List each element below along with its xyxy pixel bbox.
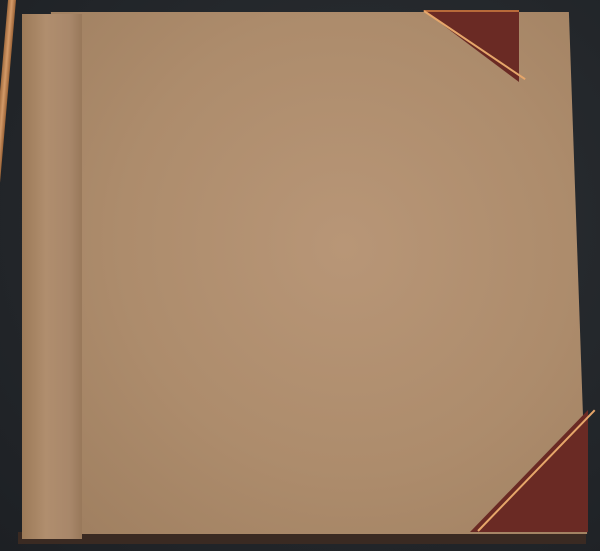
book-spine: [22, 14, 82, 539]
book-cover: [51, 12, 587, 534]
